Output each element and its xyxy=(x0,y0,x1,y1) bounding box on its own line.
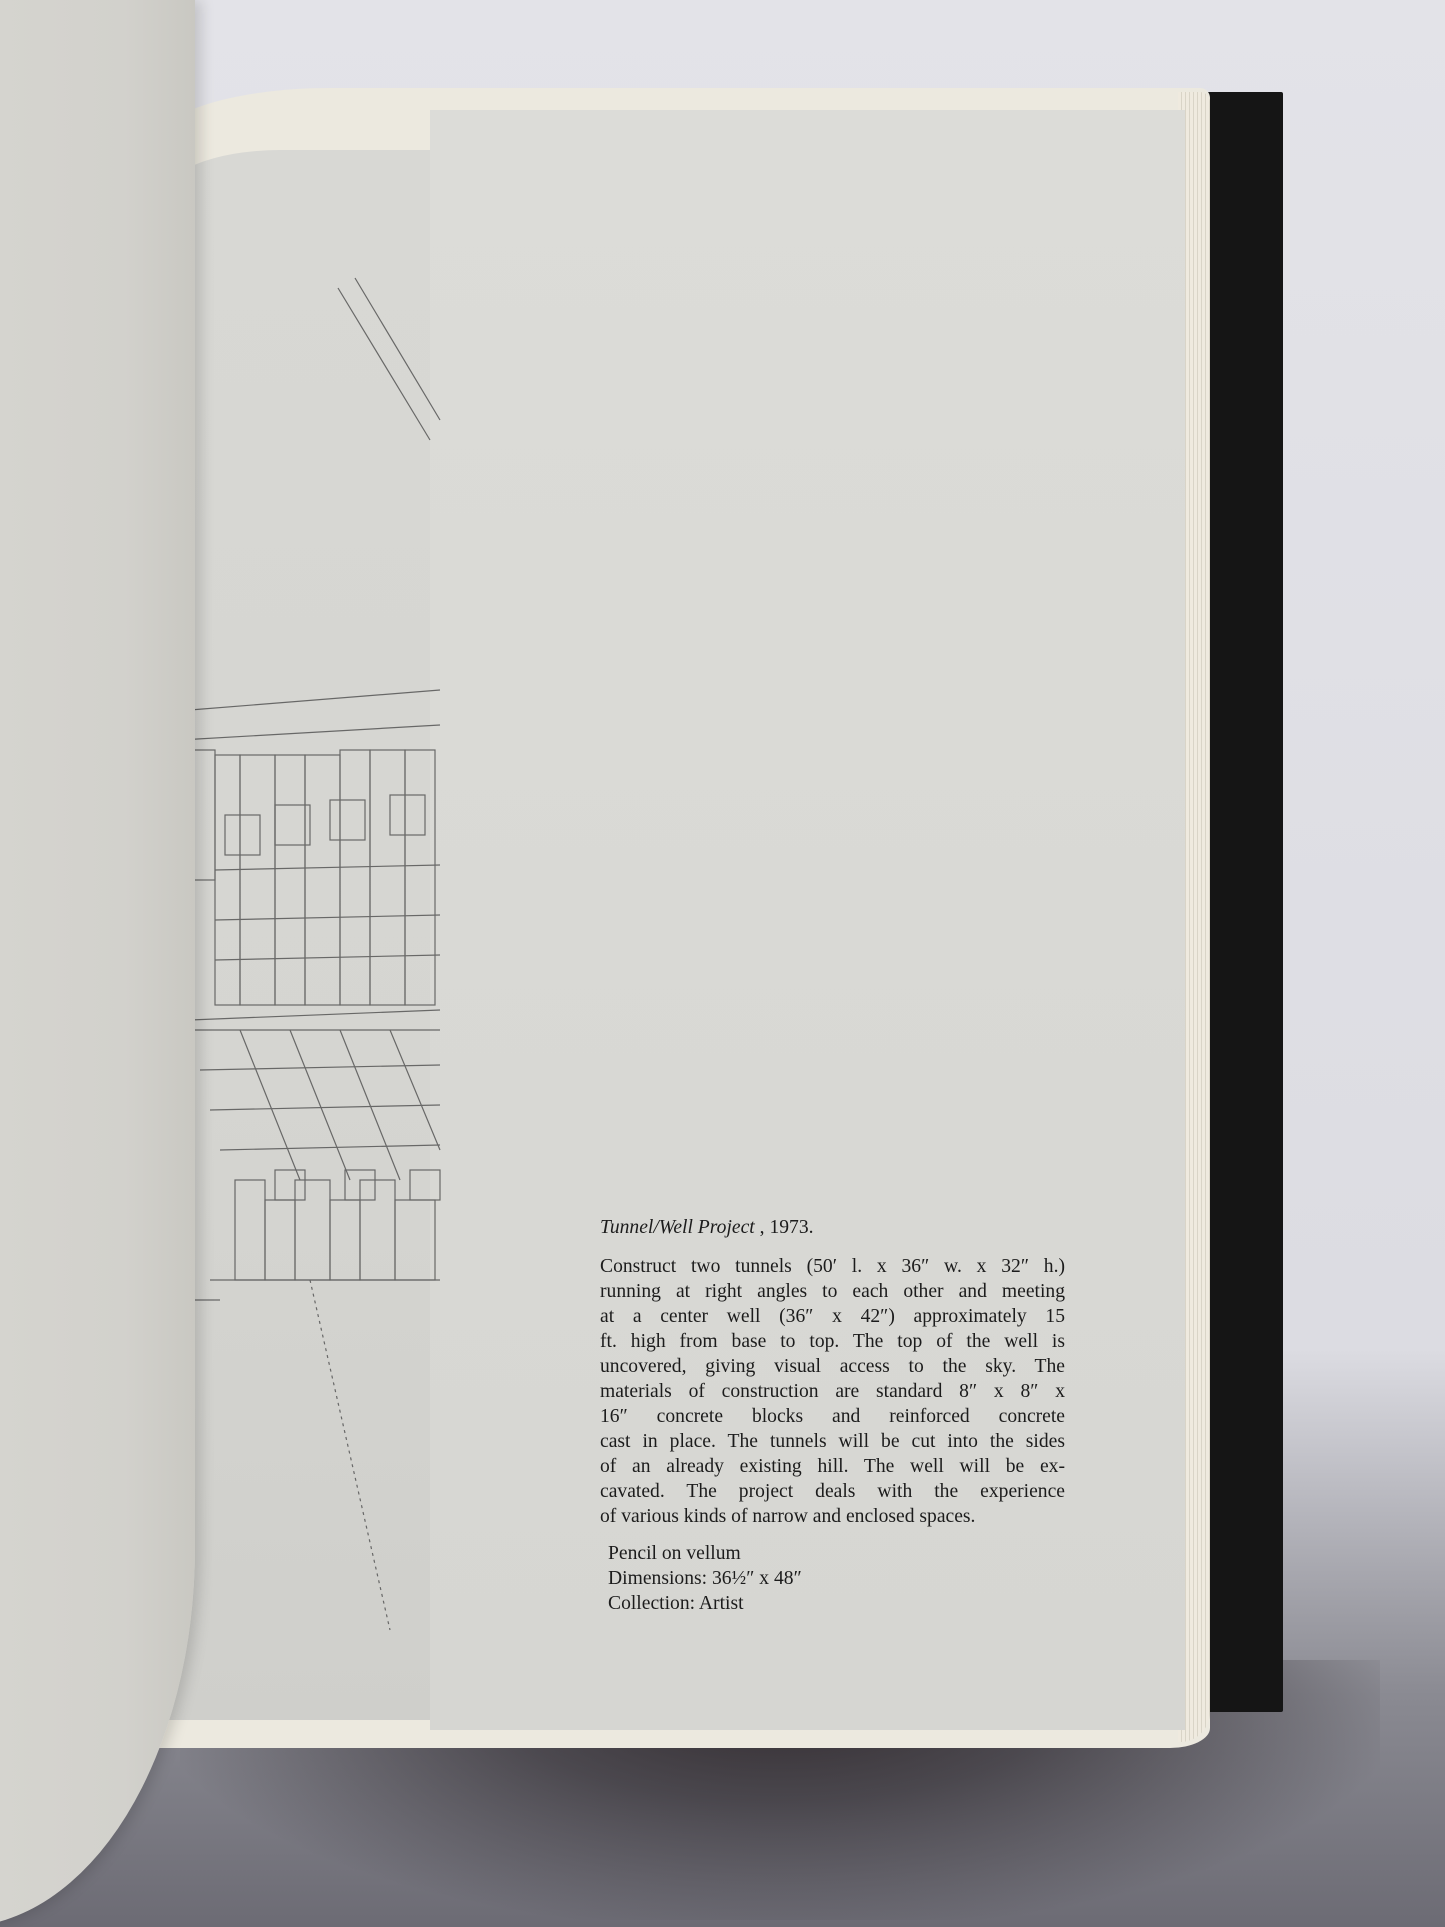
artwork-year: , 1973. xyxy=(755,1217,814,1238)
description-line: cavated. The project deals with the expe… xyxy=(600,1479,1065,1504)
artwork-collection: Collection: Artist xyxy=(608,1591,1065,1616)
description-line: 16″ concrete blocks and reinforced concr… xyxy=(600,1404,1065,1429)
description-line: of various kinds of narrow and enclosed … xyxy=(600,1504,1065,1529)
artwork-title-name: Tunnel/Well Project xyxy=(600,1217,755,1238)
description-line: ft. high from base to top. The top of th… xyxy=(600,1329,1065,1354)
artwork-description: Construct two tunnels (50′ l. x 36″ w. x… xyxy=(600,1254,1065,1529)
artwork-caption: Tunnel/Well Project , 1973. Construct tw… xyxy=(600,1215,1065,1616)
left-page-curl xyxy=(0,0,195,1927)
description-line: uncovered, giving visual access to the s… xyxy=(600,1354,1065,1379)
description-line: Construct two tunnels (50′ l. x 36″ w. x… xyxy=(600,1254,1065,1279)
description-line: cast in place. The tunnels will be cut i… xyxy=(600,1429,1065,1454)
artwork-title: Tunnel/Well Project , 1973. xyxy=(600,1215,1065,1240)
pencil-drawing-tunnel-blocks xyxy=(160,150,460,1720)
description-line: of an already existing hill. The well wi… xyxy=(600,1454,1065,1479)
description-line: running at right angles to each other an… xyxy=(600,1279,1065,1304)
artwork-dimensions: Dimensions: 36½″ x 48″ xyxy=(608,1566,1065,1591)
description-line: at a center well (36″ x 42″) approximate… xyxy=(600,1304,1065,1329)
artwork-metadata: Pencil on vellum Dimensions: 36½″ x 48″ … xyxy=(600,1541,1065,1616)
description-line: materials of construction are standard 8… xyxy=(600,1379,1065,1404)
artwork-medium: Pencil on vellum xyxy=(608,1541,1065,1566)
